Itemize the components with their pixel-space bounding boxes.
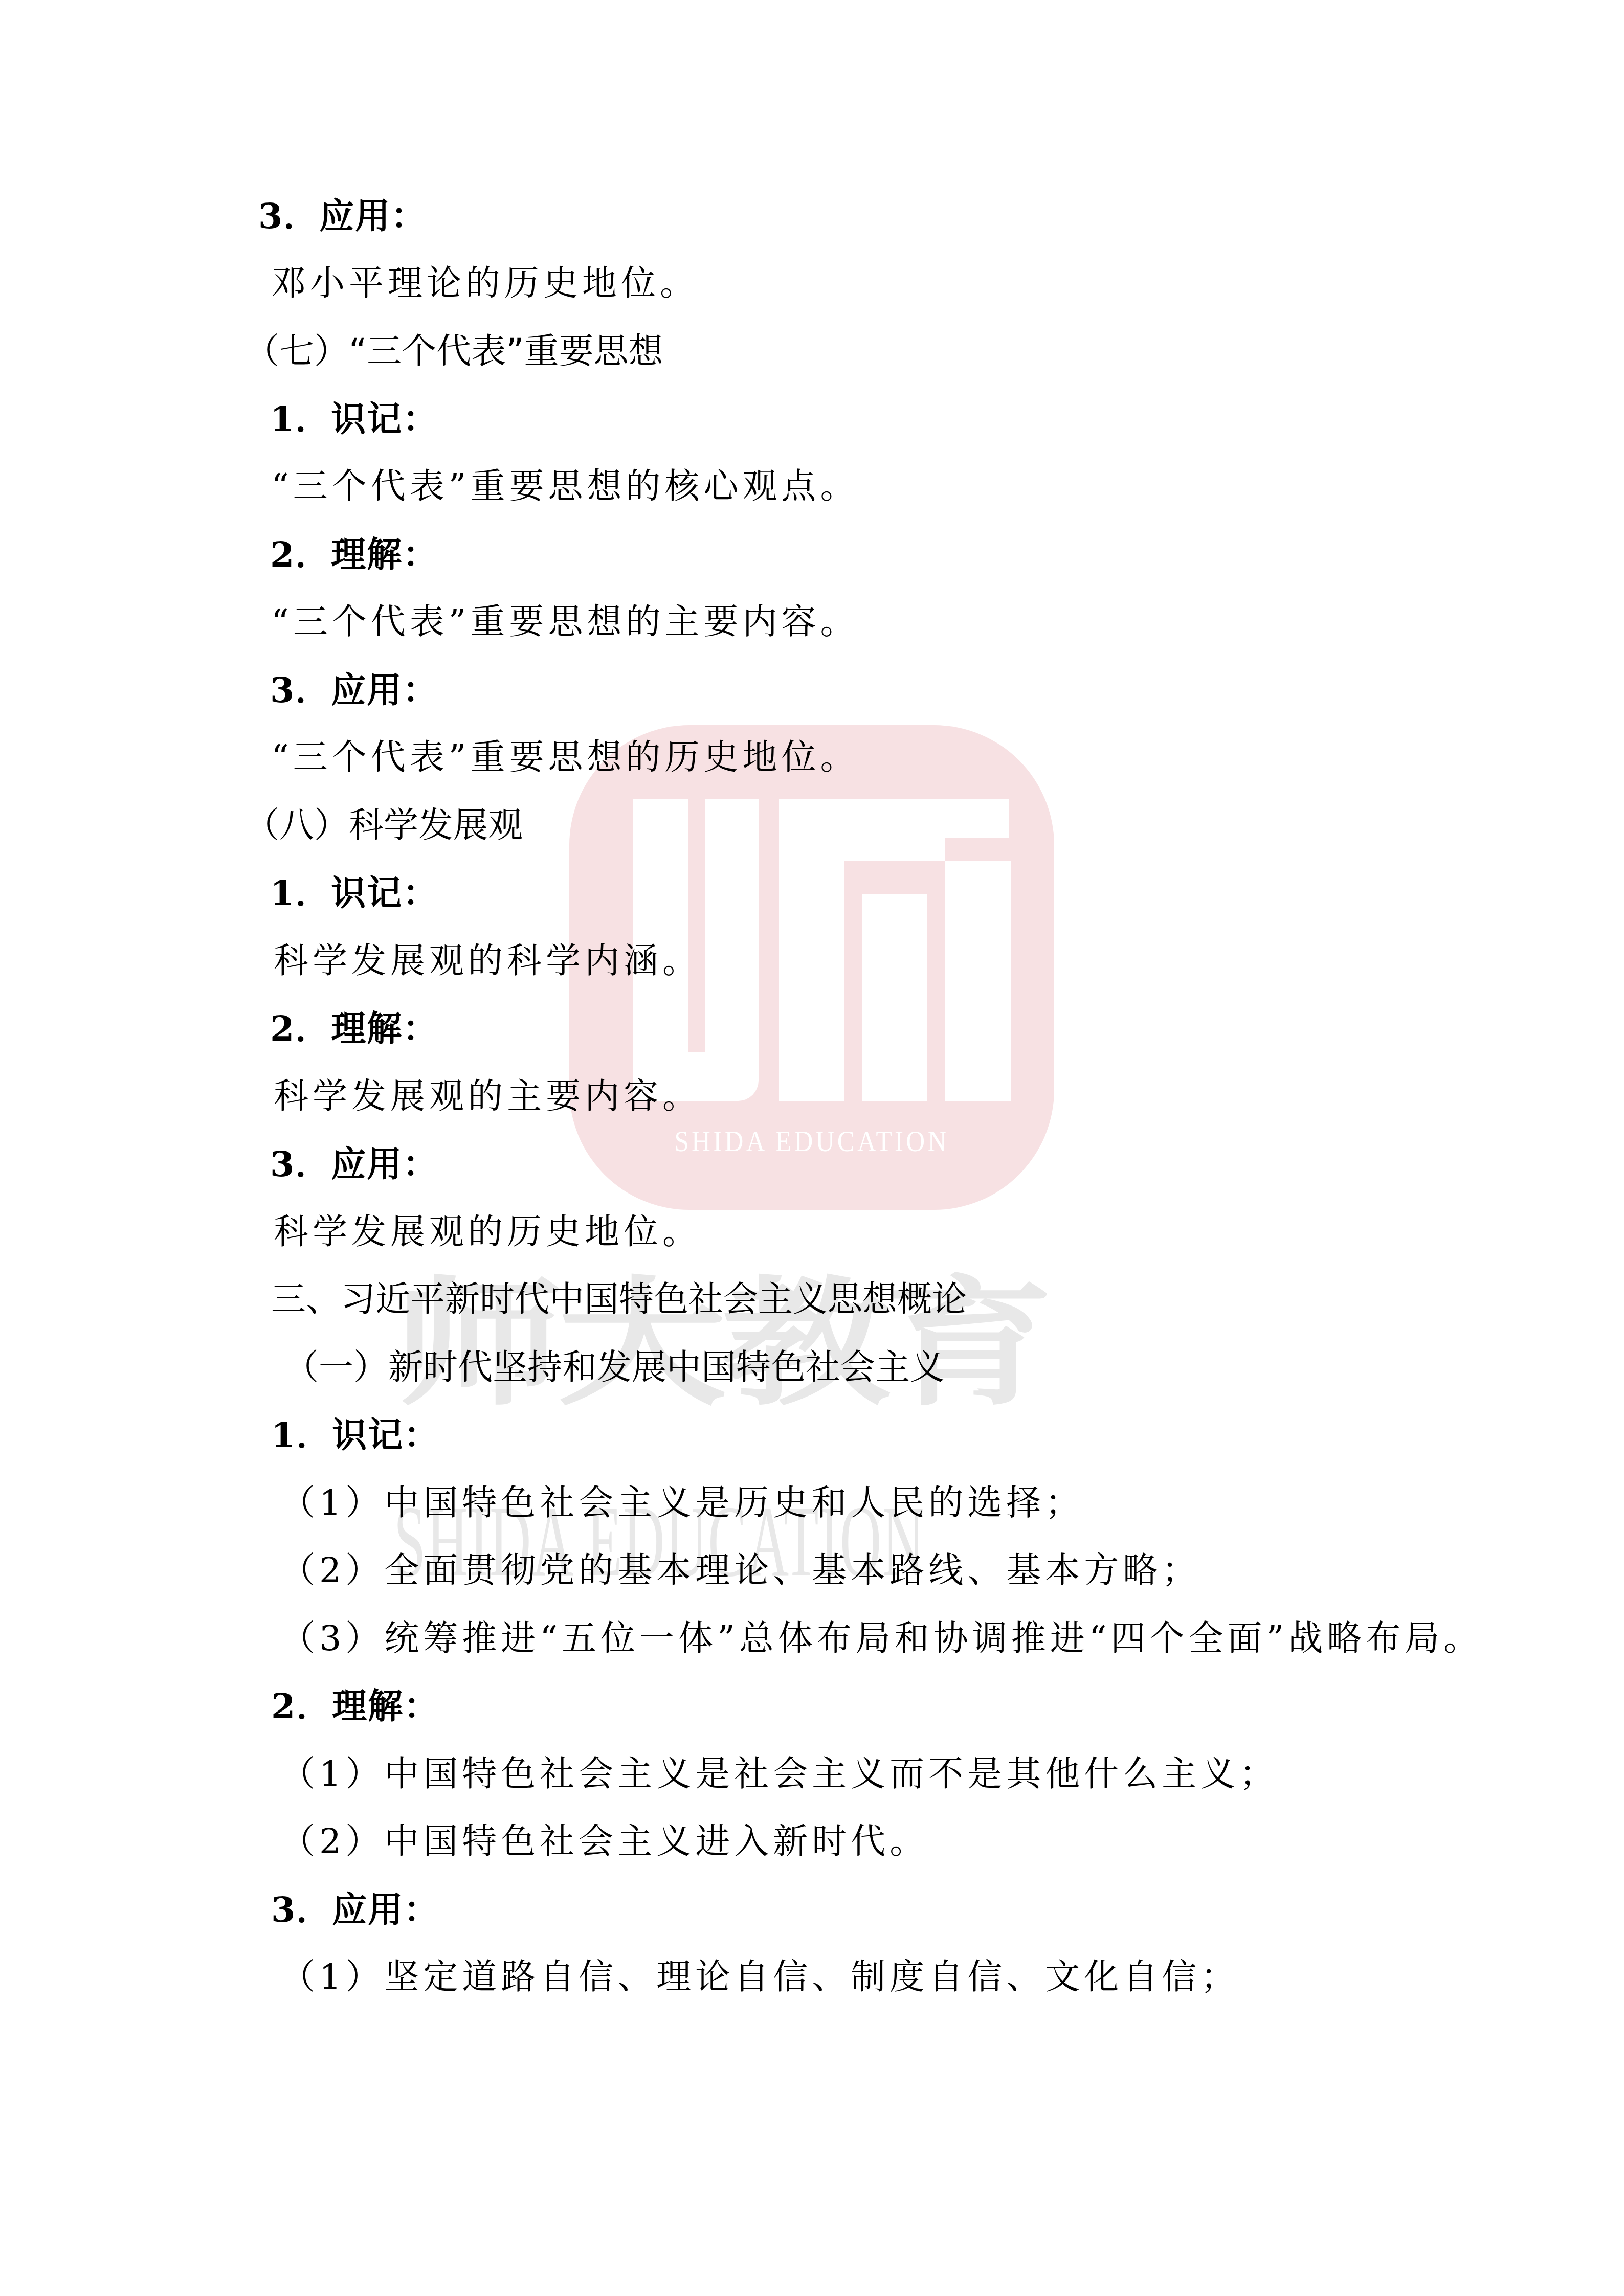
list-item: （2）全面贯彻党的基本理论、基本路线、基本方略； xyxy=(280,1548,1200,1594)
chapter-heading-3: 三、习近平新时代中国特色社会主义思想概论 xyxy=(271,1277,967,1323)
subheading-memorize: 1．识记： xyxy=(270,396,438,442)
subheading-understand: 2．理解： xyxy=(270,1006,438,1052)
subheading-apply: 3．应用： xyxy=(271,1887,439,1933)
list-item: （1）中国特色社会主义是社会主义而不是其他什么主义； xyxy=(280,1751,1278,1797)
subheading-apply: 3．应用： xyxy=(270,667,438,713)
logo-column-3 xyxy=(945,861,1011,1101)
section-heading-1: （一）新时代坚持和发展中国特色社会主义 xyxy=(284,1345,945,1391)
list-item: （1）中国特色社会主义是历史和人民的选择； xyxy=(280,1480,1084,1526)
list-item: （1）坚定道路自信、理论自信、制度自信、文化自信； xyxy=(280,1954,1239,2000)
logo-caption: SHIDA EDUCATION xyxy=(598,1124,1025,1158)
subheading-memorize: 1．识记： xyxy=(270,870,438,916)
section-heading-8: （八）科学发展观 xyxy=(244,803,523,849)
body-text: 科学发展观的历史地位。 xyxy=(274,1209,701,1255)
logo-column-2 xyxy=(862,894,927,1101)
logo-stroke-left xyxy=(633,799,688,1052)
logo-top-bar-right xyxy=(945,799,1009,838)
body-text: 科学发展观的主要内容。 xyxy=(274,1074,701,1120)
subheading-understand: 2．理解： xyxy=(271,1683,439,1729)
subheading-memorize: 1．识记： xyxy=(271,1412,439,1458)
body-text: “三个代表”重要思想的历史地位。 xyxy=(271,735,859,781)
subheading-understand: 2．理解： xyxy=(270,532,438,578)
body-text: 科学发展观的科学内涵。 xyxy=(274,938,701,984)
body-text: “三个代表”重要思想的核心观点。 xyxy=(271,464,859,510)
list-item: （3）统筹推进“五位一体”总体布局和协调推进“四个全面”战略布局。 xyxy=(280,1616,1482,1662)
document-page: SHIDA EDUCATION 师大教育 SHIDA EDUCATION 3．应… xyxy=(0,0,1624,2296)
section-heading-7: （七）“三个代表”重要思想 xyxy=(244,329,663,375)
subheading-apply: 3．应用： xyxy=(258,193,427,239)
logo-column-1 xyxy=(779,799,844,1101)
list-item: （2）中国特色社会主义进入新时代。 xyxy=(280,1819,928,1865)
body-text: 邓小平理论的历史地位。 xyxy=(271,261,699,307)
subheading-apply: 3．应用： xyxy=(270,1141,438,1187)
logo-stroke-left-inner xyxy=(705,799,759,1081)
body-text: “三个代表”重要思想的主要内容。 xyxy=(271,599,859,645)
